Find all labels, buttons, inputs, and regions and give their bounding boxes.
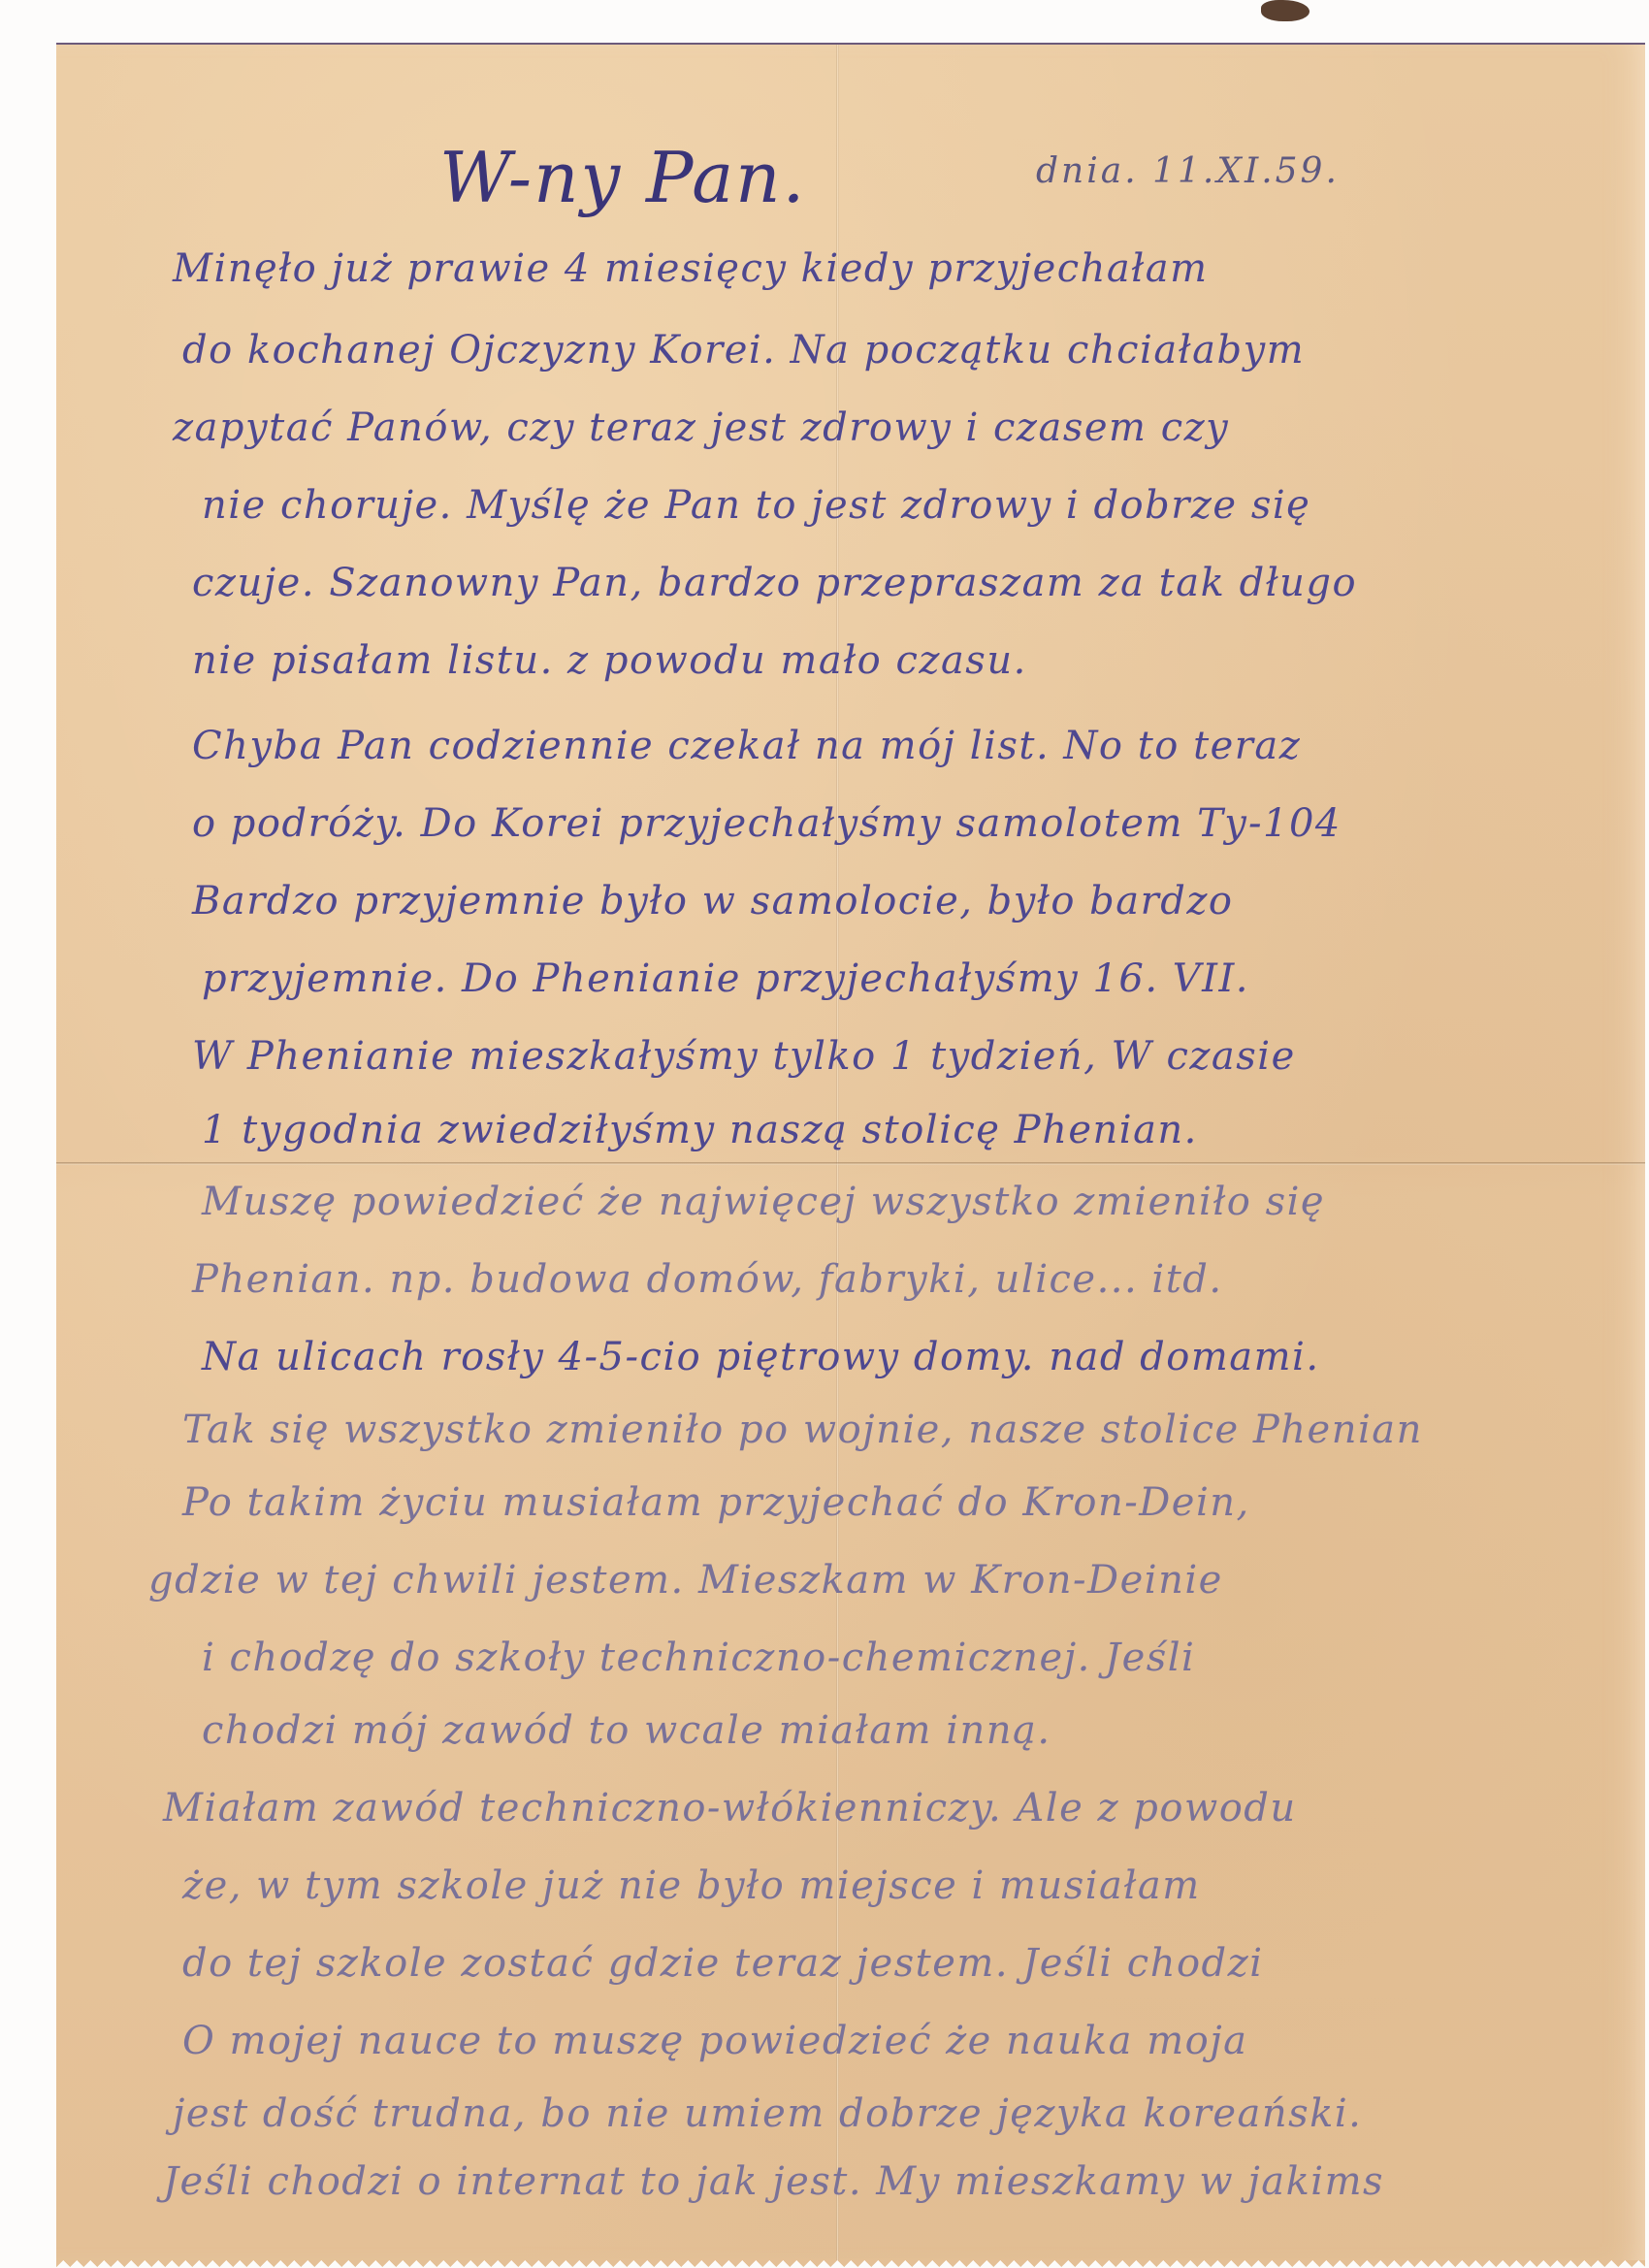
letter-line: Bardzo przyjemnie było w samolocie, było… xyxy=(192,879,1233,923)
letter-line: W Phenianie mieszkałyśmy tylko 1 tydzień… xyxy=(192,1034,1296,1079)
letter-line: Jeśli chodzi o internat to jak jest. My … xyxy=(163,2159,1384,2204)
letter-line: i chodzę do szkoły techniczno-chemicznej… xyxy=(202,1636,1195,1680)
letter-line: 1 tygodnia zwiedziłyśmy naszą stolicę Ph… xyxy=(202,1108,1198,1152)
letter-line: Na ulicach rosły 4-5-cio piętrowy domy. … xyxy=(202,1335,1320,1379)
letter-line: Po takim życiu musiałam przyjechać do Kr… xyxy=(182,1480,1250,1525)
letter-line: jest dość trudna, bo nie umiem dobrze ję… xyxy=(173,2091,1362,2136)
letter-line: O mojej nauce to muszę powiedzieć że nau… xyxy=(182,2019,1247,2063)
letter-line: zapytać Panów, czy teraz jest zdrowy i c… xyxy=(173,405,1229,450)
letter-line: gdzie w tej chwili jestem. Mieszkam w Kr… xyxy=(148,1558,1223,1603)
letter-line: Tak się wszystko zmieniło po wojnie, nas… xyxy=(182,1408,1423,1452)
letter-line: Chyba Pan codziennie czekał na mój list.… xyxy=(192,724,1301,768)
letter-line: Miałam zawód techniczno-włókienniczy. Al… xyxy=(163,1786,1297,1831)
letter-line: Phenian. np. budowa domów, fabryki, ulic… xyxy=(192,1257,1223,1302)
letter-line: do kochanej Ojczyzny Korei. Na początku … xyxy=(182,328,1305,373)
letter-line: do tej szkole zostać gdzie teraz jestem.… xyxy=(182,1941,1264,1986)
ink-stain xyxy=(1261,0,1309,21)
letter-line: że, w tym szkole już nie było miejsce i … xyxy=(182,1863,1201,1908)
letter-line: czuje. Szanowny Pan, bardzo przepraszam … xyxy=(192,561,1357,605)
letter-page: W-ny Pan. dnia. 11.XI.59. Minęło już pra… xyxy=(56,43,1645,2260)
letter-line: chodzi mój zawód to wcale miałam inną. xyxy=(202,1708,1051,1753)
letter-line: nie choruje. Myślę że Pan to jest zdrowy… xyxy=(202,483,1310,528)
letter-date: dnia. 11.XI.59. xyxy=(1036,151,1340,191)
vertical-fold-crease xyxy=(836,45,839,2260)
salutation: W-ny Pan. xyxy=(439,137,806,218)
letter-line: Minęło już prawie 4 miesięcy kiedy przyj… xyxy=(173,246,1209,291)
letter-line: przyjemnie. Do Phenianie przyjechałyśmy … xyxy=(202,956,1249,1001)
letter-line: o podróży. Do Korei przyjechałyśmy samol… xyxy=(192,801,1342,846)
horizontal-fold-crease xyxy=(56,1162,1645,1165)
letter-line: Muszę powiedzieć że najwięcej wszystko z… xyxy=(202,1180,1325,1224)
letter-line: nie pisałam listu. z powodu mało czasu. xyxy=(192,638,1027,683)
